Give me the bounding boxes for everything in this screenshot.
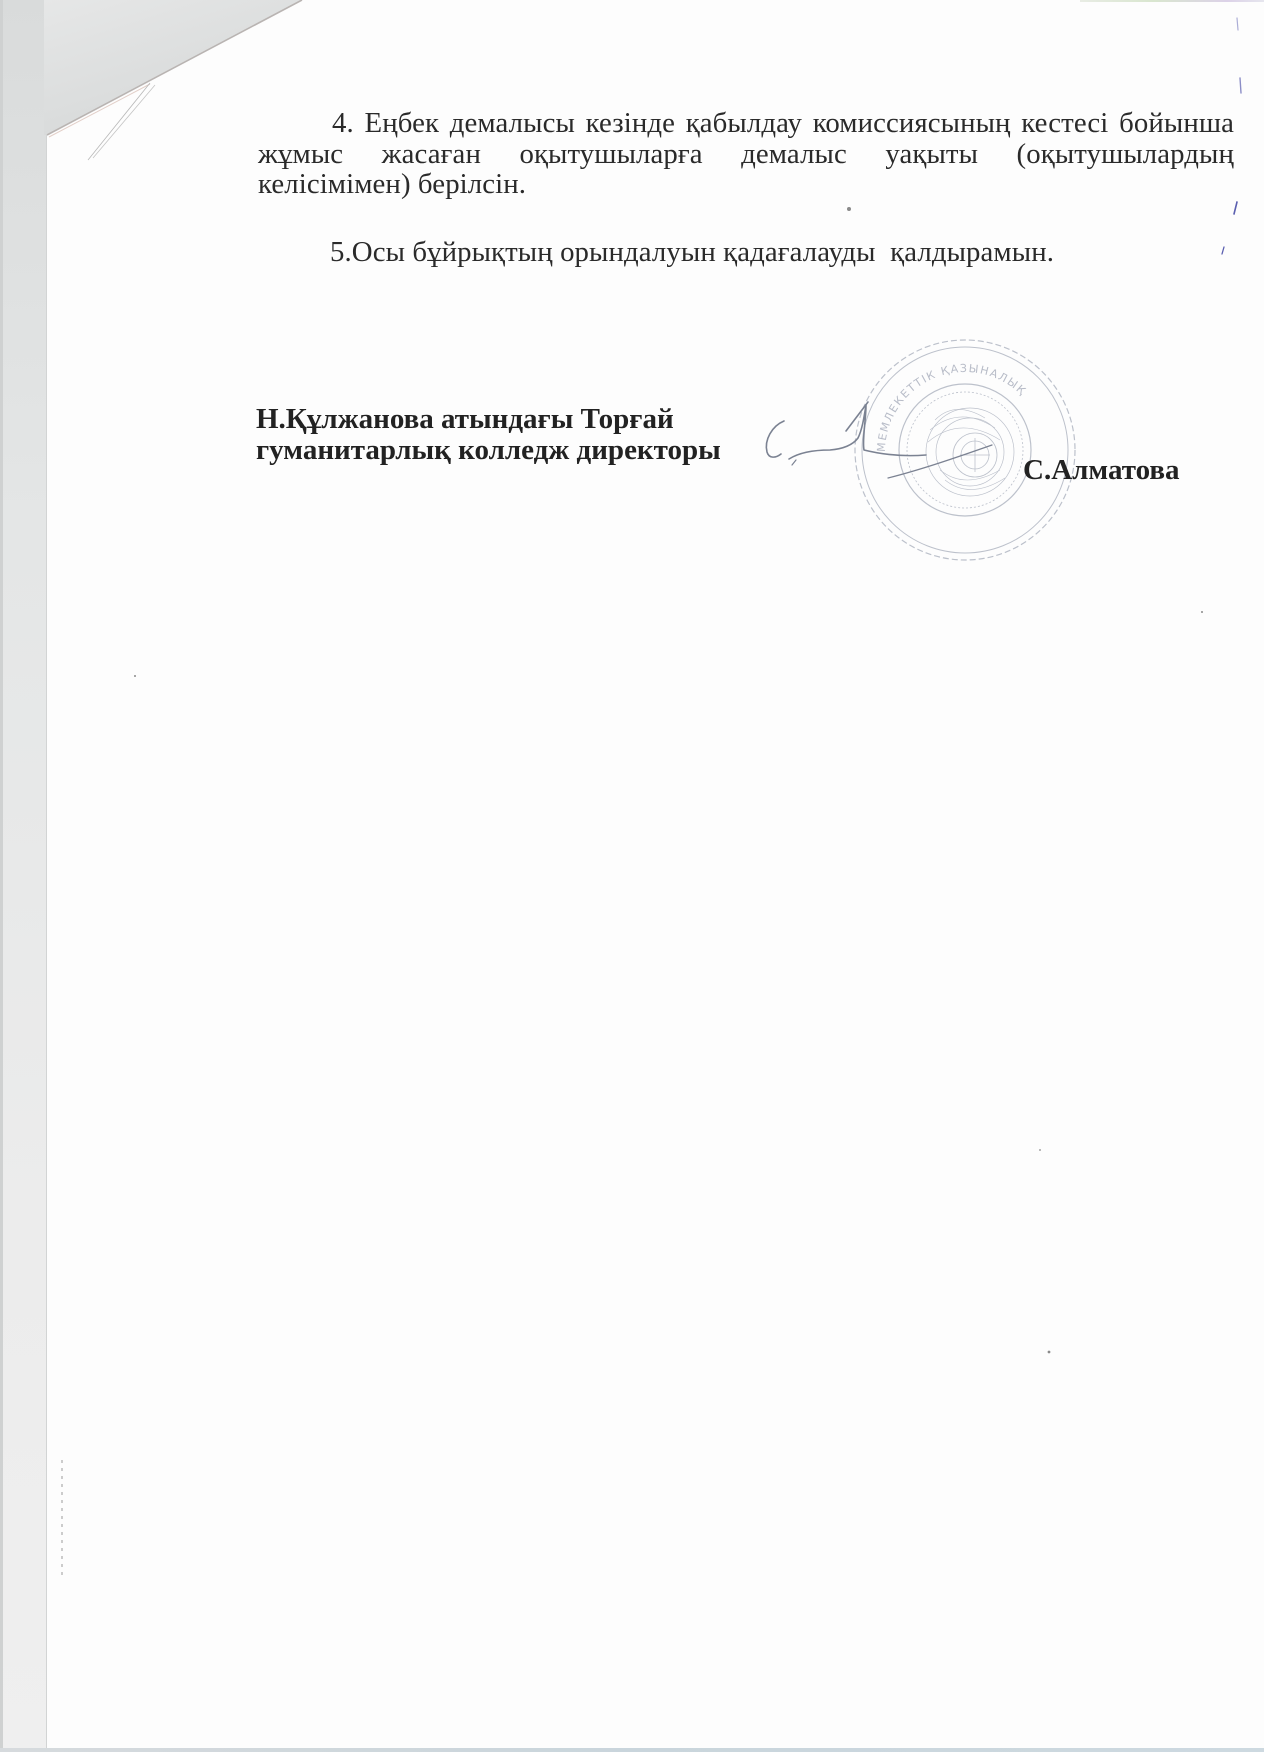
scan-bottom-edge bbox=[0, 1748, 1264, 1752]
scan-left-border bbox=[0, 0, 47, 1752]
signatory-title-line-1: Н.Құлжанова атындағы Торғай bbox=[256, 403, 674, 435]
paragraph-4-line-1: 4. Еңбек демалысы кезінде қабылдау комис… bbox=[332, 108, 1234, 138]
svg-text:МЕМЛЕКЕТТІК ҚАЗЫНАЛЫҚ: МЕМЛЕКЕТТІК ҚАЗЫНАЛЫҚ bbox=[875, 362, 1029, 452]
paragraph-5-line-1: 5.Осы бұйрықтың орындалуын қадағалауды қ… bbox=[330, 237, 1054, 267]
folded-corner bbox=[44, 0, 302, 160]
signatory-name: С.Алматова bbox=[1023, 454, 1180, 486]
scan-top-edge bbox=[1080, 0, 1264, 2]
signatory-title-line-2: гуманитарлық колледж директоры bbox=[256, 434, 721, 466]
stamp-text: МЕМЛЕКЕТТІК ҚАЗЫНАЛЫҚ bbox=[875, 362, 1029, 452]
paragraph-4-line-3: келісімімен) берілсін. bbox=[258, 169, 526, 199]
paragraph-4-line-2: жұмыс жасаған оқытушыларға демалыс уақыт… bbox=[258, 139, 1234, 169]
scanned-document-page: 4. Еңбек демалысы кезінде қабылдау комис… bbox=[0, 0, 1264, 1752]
